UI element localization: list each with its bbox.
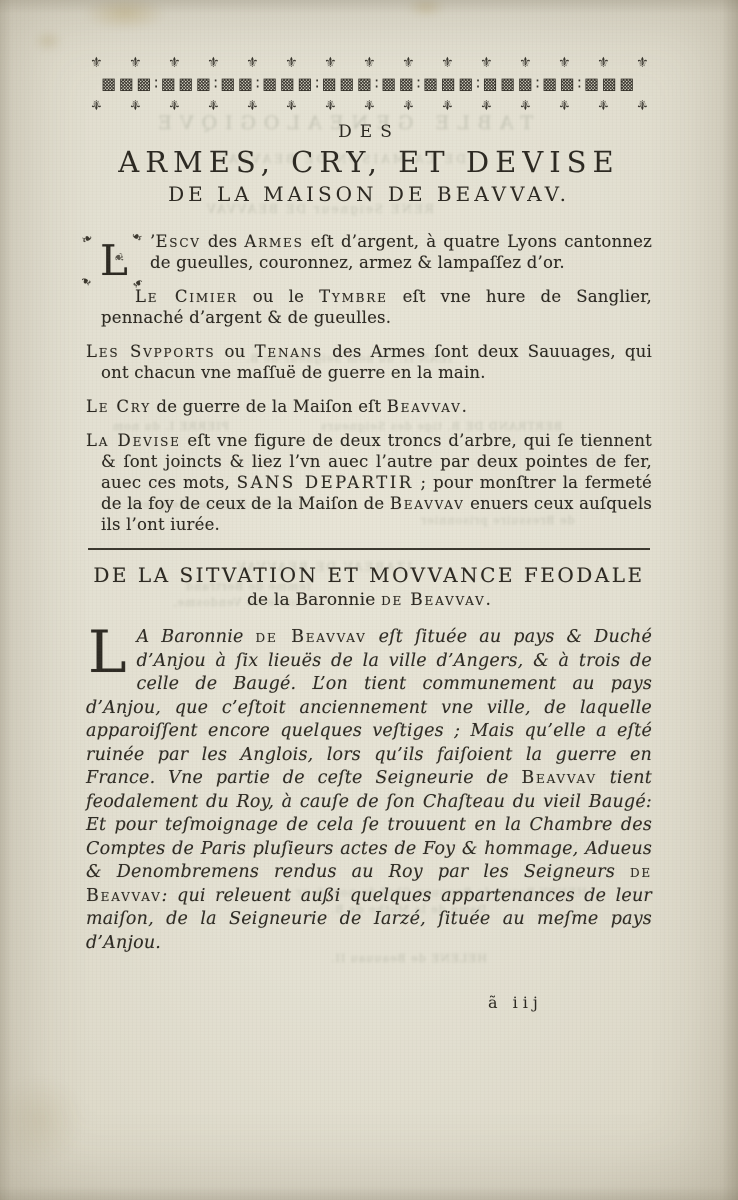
text-column: ⚜ ⚜ ⚜ ⚜ ⚜ ⚜ ⚜ ⚜ ⚜ ⚜ ⚜ ⚜ ⚜ ⚜ ⚜ ⚜ ⚜ ⚜ ⚜ ⚜ … <box>86 54 652 1012</box>
text-segment: . <box>485 590 491 610</box>
text-segment: Armes <box>244 232 303 251</box>
text-segment: de Beavvav <box>256 627 367 647</box>
lattice-ornament-row-icon: ▩▩▩∶▩▩▩∶▩▩∶▩▩▩∶▩▩▩∶▩▩∶▩▩▩∶▩▩▩∶▩▩∶▩▩▩ <box>90 73 648 94</box>
text-segment: eſt ſituée au pays & Duché d’Anjou à ſix… <box>86 627 652 788</box>
paragraph-devise: La Devise eſt vne figure de deux troncs … <box>86 430 652 535</box>
paragraph-text: A Baronnie de Beavvav eſt ſituée au pays… <box>86 627 652 953</box>
fleuron-row-icon: ⚜ ⚜ ⚜ ⚜ ⚜ ⚜ ⚜ ⚜ ⚜ ⚜ ⚜ ⚜ ⚜ ⚜ ⚜ ⚜ ⚜ ⚜ ⚜ ⚜ … <box>90 94 648 113</box>
chapter-subtitle: DE LA MAISON DE BEAVVAV. <box>86 182 652 206</box>
paper-stain <box>0 1060 100 1180</box>
book-page: TABLE GENEALOGIQVEDE LA MAISON DE BEAVVA… <box>0 0 738 1200</box>
signature-mark: ã iij <box>86 993 652 1012</box>
text-segment: Beavvav <box>387 397 462 416</box>
section-heading: DE LA SITVATION ET MOVVANCE FEODALE <box>86 563 652 587</box>
text-segment: : qui releuent außi quelques appartenanc… <box>86 886 652 953</box>
paragraph-supports: Les Svpports ou Tenans des Armes ſont de… <box>86 341 652 383</box>
text-segment: A Baronnie <box>137 627 256 647</box>
paper-stain <box>70 0 180 36</box>
fleuron-row-icon: ⚜ ⚜ ⚜ ⚜ ⚜ ⚜ ⚜ ⚜ ⚜ ⚜ ⚜ ⚜ ⚜ ⚜ ⚜ ⚜ ⚜ ⚜ ⚜ ⚜ … <box>90 54 648 73</box>
text-segment: . <box>462 397 467 416</box>
text-segment: Le Cimier <box>135 287 238 306</box>
woodcut-initial: ❧ ❧ ❧ ❧ ❦ L <box>86 233 140 289</box>
text-segment: Beavvav <box>521 768 597 788</box>
paragraph-escu: ❧ ❧ ❧ ❧ ❦ L ’Escv des Armes eſt d’argent… <box>86 231 652 273</box>
text-segment: Escv <box>155 232 200 251</box>
text-segment: Le Cry <box>86 397 151 416</box>
text-segment: de guerre de la Maiſon eſt <box>151 397 387 416</box>
paragraph-cry: Le Cry de guerre de la Maiſon eſt Beavva… <box>86 396 652 417</box>
section-divider <box>88 548 650 550</box>
text-segment: des <box>201 232 245 251</box>
text-segment: de Beavvav <box>381 590 485 610</box>
text-segment: SANS DEPARTIR <box>237 473 414 492</box>
text-segment: Beavvav <box>390 494 465 513</box>
text-segment: de la Baronnie <box>247 590 381 610</box>
chapter-title: ARMES, CRY, ET DEVISE <box>86 145 652 179</box>
text-segment: ou le <box>238 287 319 306</box>
text-segment: Tenans <box>255 342 323 361</box>
vine-flourish-icon: ❧ <box>77 269 96 293</box>
paragraph-cimier: Le Cimier ou le Tymbre eſt vne hure de S… <box>86 286 652 328</box>
text-segment: Les Svpports <box>86 342 215 361</box>
vine-flourish-icon: ❧ <box>78 228 97 252</box>
text-segment: ou <box>215 342 254 361</box>
drop-cap: L <box>86 626 137 675</box>
paragraph-text: ’Escv des Armes eſt d’argent, à quatre L… <box>150 232 652 272</box>
paragraph-baronnie: LA Baronnie de Beavvav eſt ſituée au pay… <box>86 626 652 955</box>
paper-stain <box>400 0 452 22</box>
text-segment: Tymbre <box>319 287 388 306</box>
section-subheading: de la Baronnie de Beavvav. <box>86 590 652 611</box>
initial-letter: L <box>100 237 128 285</box>
vine-flourish-icon: ❧ <box>127 226 147 250</box>
ornament-band: ⚜ ⚜ ⚜ ⚜ ⚜ ⚜ ⚜ ⚜ ⚜ ⚜ ⚜ ⚜ ⚜ ⚜ ⚜ ⚜ ⚜ ⚜ ⚜ ⚜ … <box>90 54 648 113</box>
paper-stain <box>28 26 68 56</box>
text-segment: La Devise <box>86 431 181 450</box>
header-kicker: DES <box>86 121 652 143</box>
